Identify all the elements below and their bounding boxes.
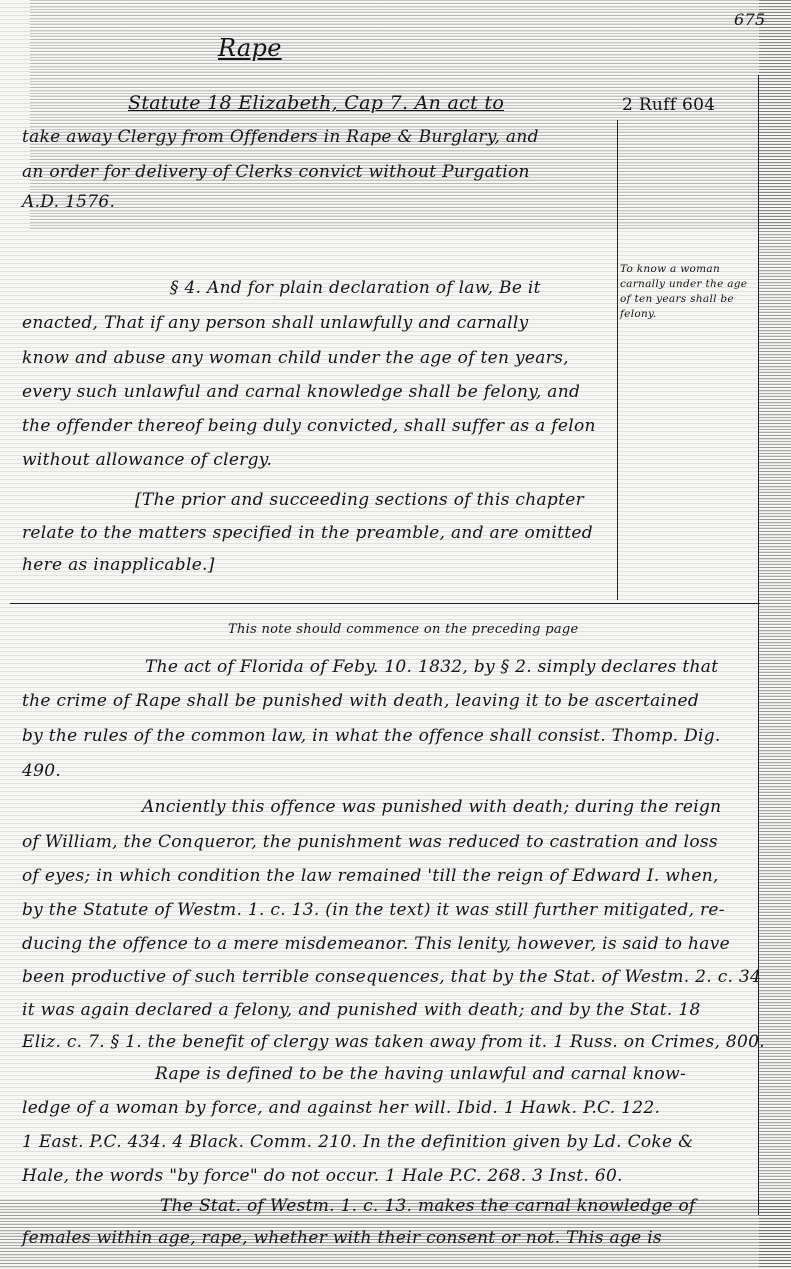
note-line: ledge of a woman by force, and against h… (22, 1098, 660, 1118)
margin-note-line: carnally under the age (620, 277, 755, 292)
section-line: every such unlawful and carnal knowledge… (22, 382, 580, 402)
statute-heading-line: take away Clergy from Offenders in Rape … (22, 127, 539, 147)
note-line: been productive of such terrible consequ… (22, 967, 761, 987)
section-line: know and abuse any woman child under the… (22, 348, 569, 368)
margin-reference: 2 Ruff 604 (622, 95, 715, 115)
note-line: Eliz. c. 7. § 1. the benefit of clergy w… (22, 1032, 765, 1052)
note-line: the crime of Rape shall be punished with… (22, 691, 699, 711)
scan-noise-top (30, 0, 791, 230)
page-number: 675 (734, 10, 765, 29)
note-line: of William, the Conqueror, the punishmen… (22, 832, 718, 852)
page-edge-shadow (759, 0, 791, 1269)
section-line: without allowance of clergy. (22, 450, 272, 470)
note-line: 490. (22, 761, 61, 781)
margin-note: To know a woman carnally under the age o… (620, 262, 755, 322)
margin-note-line: felony. (620, 307, 755, 322)
note-line: by the rules of the common law, in what … (22, 726, 721, 746)
section-line: enacted, That if any person shall unlawf… (22, 313, 529, 333)
note-line: ducing the offence to a mere misdemeanor… (22, 934, 730, 954)
manuscript-page: 675 Rape Statute 18 Elizabeth, Cap 7. An… (0, 0, 791, 1269)
note-line: of eyes; in which condition the law rema… (22, 866, 719, 886)
bracket-note-line: relate to the matters specified in the p… (22, 523, 593, 543)
margin-note-line: To know a woman (620, 262, 755, 277)
statute-heading-line: an order for delivery of Clerks convict … (22, 162, 530, 182)
section-line: § 4. And for plain declaration of law, B… (170, 278, 541, 298)
margin-rule-left (617, 120, 618, 600)
note-line: it was again declared a felony, and puni… (22, 1000, 701, 1020)
page-title: Rape (218, 34, 282, 62)
note-line: females within age, rape, whether with t… (22, 1228, 662, 1248)
statute-heading-line: Statute 18 Elizabeth, Cap 7. An act to (128, 92, 504, 114)
note-instruction: This note should commence on the precedi… (228, 622, 579, 637)
statute-heading-line: A.D. 1576. (22, 192, 115, 212)
section-line: the offender thereof being duly convicte… (22, 416, 596, 436)
note-line: by the Statute of Westm. 1. c. 13. (in t… (22, 900, 725, 920)
note-line: Rape is defined to be the having unlawfu… (155, 1064, 686, 1084)
section-divider (10, 603, 760, 604)
margin-note-line: of ten years shall be (620, 292, 755, 307)
note-line: The act of Florida of Feby. 10. 1832, by… (145, 657, 718, 677)
note-line: The Stat. of Westm. 1. c. 13. makes the … (160, 1196, 696, 1216)
bracket-note-line: here as inapplicable.] (22, 555, 215, 575)
bracket-note-line: [The prior and succeeding sections of th… (135, 490, 584, 510)
note-line: Hale, the words "by force" do not occur.… (22, 1166, 623, 1186)
note-line: Anciently this offence was punished with… (142, 797, 721, 817)
note-line: 1 East. P.C. 434. 4 Black. Comm. 210. In… (22, 1132, 694, 1152)
